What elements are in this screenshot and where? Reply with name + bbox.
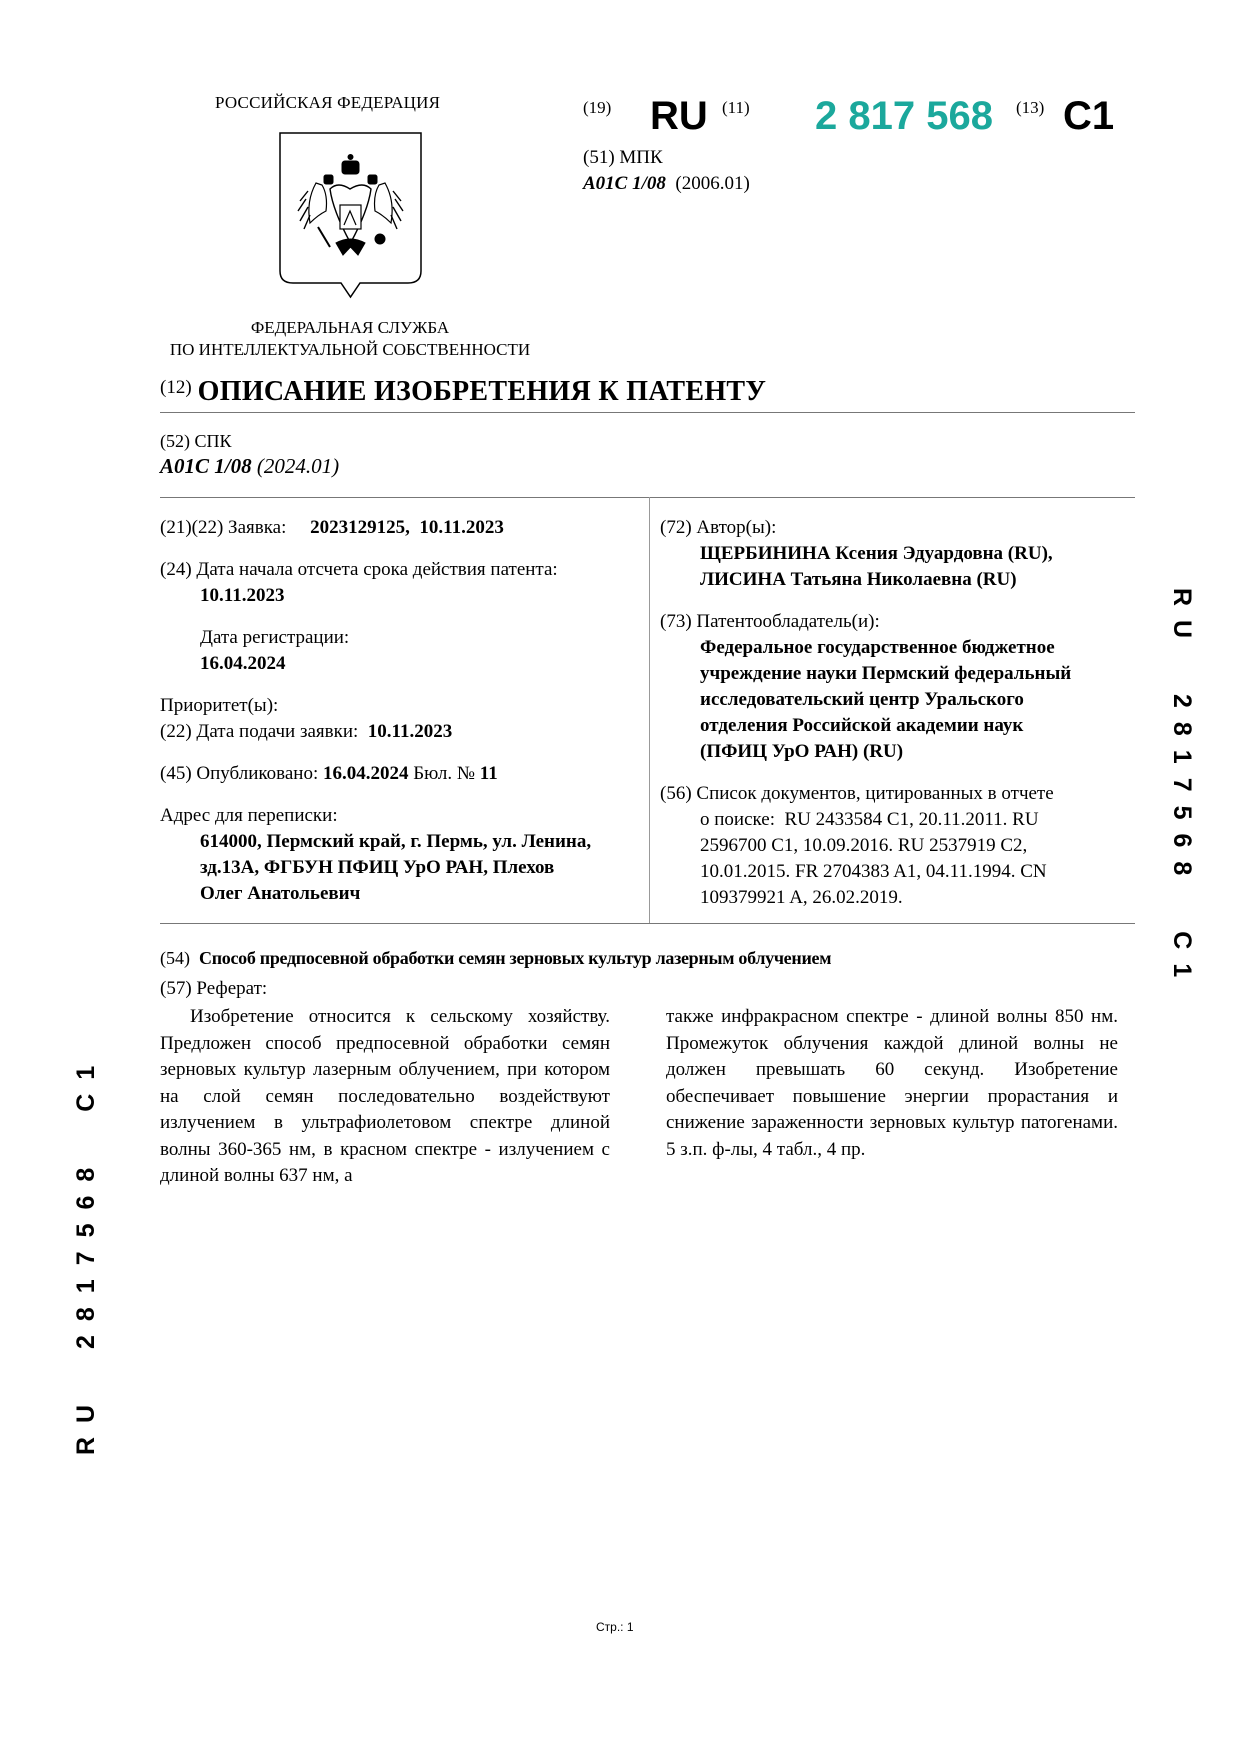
- cpc-label: (52) СПК: [160, 431, 232, 452]
- bulletin-label: Бюл. №: [413, 763, 475, 784]
- bibliographic-left: (21)(22) Заявка: 2023129125, 10.11.2023 …: [160, 515, 645, 923]
- inid-code-54: (54): [160, 948, 190, 968]
- ipc-class: A01C 1/08: [583, 173, 666, 194]
- divider: [160, 412, 1135, 413]
- holder-line: учреждение науки Пермский федеральный: [660, 661, 1130, 687]
- ipc-version: (2006.01): [675, 173, 749, 194]
- priority-field: Приоритет(ы): (22) Дата подачи заявки: 1…: [160, 693, 645, 745]
- country-code: RU: [650, 96, 708, 136]
- agency-line-2: ПО ИНТЕЛЛЕКТУАЛЬНОЙ СОБСТВЕННОСТИ: [130, 339, 570, 361]
- cited-line: 109379921 A, 26.02.2019.: [660, 885, 1130, 911]
- cited-label: (56) Список документов, цитированных в о…: [660, 781, 1130, 807]
- bulletin-number: 11: [480, 763, 498, 784]
- document-title-text: ОПИСАНИЕ ИЗОБРЕТЕНИЯ К ПАТЕНТУ: [198, 376, 767, 407]
- holder-label: (73) Патентообладатель(и):: [660, 609, 1130, 635]
- author: ЩЕРБИНИНА Ксения Эдуардовна (RU),: [660, 541, 1130, 567]
- abstract-left-text: Изобретение относится к сельскому хозяйс…: [160, 1004, 610, 1190]
- holder-line: (ПФИЦ УрО РАН) (RU): [660, 739, 1130, 765]
- term-field: (24) Дата начала отсчета срока действия …: [160, 557, 645, 609]
- application-label: (21)(22) Заявка:: [160, 517, 286, 538]
- application-field: (21)(22) Заявка: 2023129125, 10.11.2023: [160, 515, 645, 541]
- address-label: Адрес для переписки:: [160, 803, 645, 829]
- holder-line: отделения Российской академии наук: [660, 713, 1130, 739]
- kind-code: C1: [1063, 96, 1114, 136]
- inid-code-19: (19): [583, 98, 611, 118]
- column-divider: [649, 497, 650, 923]
- filing-row: (22) Дата подачи заявки: 10.11.2023: [160, 719, 645, 745]
- published-label: (45) Опубликовано:: [160, 763, 318, 784]
- registration-label: Дата регистрации:: [200, 625, 645, 651]
- divider: [160, 923, 1135, 924]
- country-name: РОССИЙСКАЯ ФЕДЕРАЦИЯ: [215, 93, 440, 113]
- abstract-left: Изобретение относится к сельскому хозяйс…: [160, 1004, 610, 1190]
- invention-title-text: Способ предпосевной обработки семян зерн…: [199, 948, 831, 968]
- cpc-class: A01C 1/08: [160, 454, 252, 478]
- cited-line: 2596700 C1, 10.09.2016. RU 2537919 C2,: [660, 833, 1130, 859]
- cited-row: о поиске: RU 2433584 C1, 20.11.2011. RU: [660, 807, 1130, 833]
- registration-date: 16.04.2024: [200, 651, 645, 677]
- agency-name: ФЕДЕРАЛЬНАЯ СЛУЖБА ПО ИНТЕЛЛЕКТУАЛЬНОЙ С…: [130, 317, 570, 361]
- abstract-right-text: также инфракрасном спектре - длиной волн…: [666, 1004, 1118, 1163]
- authors-label: (72) Автор(ы):: [660, 515, 1130, 541]
- page-number: Стр.: 1: [596, 1620, 634, 1634]
- address-line: зд.13А, ФГБУН ПФИЦ УрО РАН, Плехов: [160, 855, 645, 881]
- cpc-classification: A01C 1/08 (2024.01): [160, 454, 339, 479]
- holder-line: Федеральное государственное бюджетное: [660, 635, 1130, 661]
- side-mark-left: RU 2817568 C1: [72, 1052, 101, 1455]
- filing-label: (22) Дата подачи заявки:: [160, 721, 358, 742]
- inid-code-11: (11): [722, 98, 750, 118]
- filing-date: 10.11.2023: [368, 721, 452, 742]
- cited-line: RU 2433584 C1, 20.11.2011. RU: [785, 809, 1039, 830]
- divider: [160, 497, 1135, 498]
- registration-field: Дата регистрации: 16.04.2024: [160, 625, 645, 677]
- cited-documents-field: (56) Список документов, цитированных в о…: [660, 781, 1130, 911]
- application-date: 10.11.2023: [419, 517, 503, 538]
- patent-number: 2 817 568: [815, 96, 993, 136]
- priority-label: Приоритет(ы):: [160, 693, 645, 719]
- agency-line-1: ФЕДЕРАЛЬНАЯ СЛУЖБА: [130, 317, 570, 339]
- ipc-label: (51) МПК: [583, 147, 663, 169]
- cited-label-2: о поиске:: [700, 809, 775, 830]
- address-field: Адрес для переписки: 614000, Пермский кр…: [160, 803, 645, 907]
- coat-of-arms-icon: [278, 131, 423, 301]
- cpc-version: (2024.01): [257, 454, 339, 478]
- address-line: 614000, Пермский край, г. Пермь, ул. Лен…: [160, 829, 645, 855]
- address-line: Олег Анатольевич: [160, 881, 645, 907]
- abstract-right: также инфракрасном спектре - длиной волн…: [666, 1004, 1118, 1163]
- term-date: 10.11.2023: [160, 583, 645, 609]
- inid-code-12: (12): [160, 377, 192, 398]
- term-label: (24) Дата начала отсчета срока действия …: [160, 557, 645, 583]
- inid-code-13: (13): [1016, 98, 1044, 118]
- invention-title: (54) Способ предпосевной обработки семян…: [160, 948, 831, 969]
- abstract-label: (57) Реферат:: [160, 978, 267, 1000]
- bibliographic-right: (72) Автор(ы): ЩЕРБИНИНА Ксения Эдуардов…: [660, 515, 1130, 927]
- author: ЛИСИНА Татьяна Николаевна (RU): [660, 567, 1130, 593]
- holder-line: исследовательский центр Уральского: [660, 687, 1130, 713]
- published-date: 16.04.2024: [323, 763, 409, 784]
- document-title: (12)ОПИСАНИЕ ИЗОБРЕТЕНИЯ К ПАТЕНТУ: [160, 376, 766, 408]
- authors-field: (72) Автор(ы): ЩЕРБИНИНА Ксения Эдуардов…: [660, 515, 1130, 593]
- cited-line: 10.01.2015. FR 2704383 A1, 04.11.1994. C…: [660, 859, 1130, 885]
- ipc-classification: A01C 1/08 (2006.01): [583, 173, 750, 195]
- application-number: 2023129125,: [310, 517, 410, 538]
- published-field: (45) Опубликовано: 16.04.2024 Бюл. № 11: [160, 761, 645, 787]
- side-mark-right: RU 2817568 C1: [1167, 588, 1196, 991]
- holder-field: (73) Патентообладатель(и): Федеральное г…: [660, 609, 1130, 765]
